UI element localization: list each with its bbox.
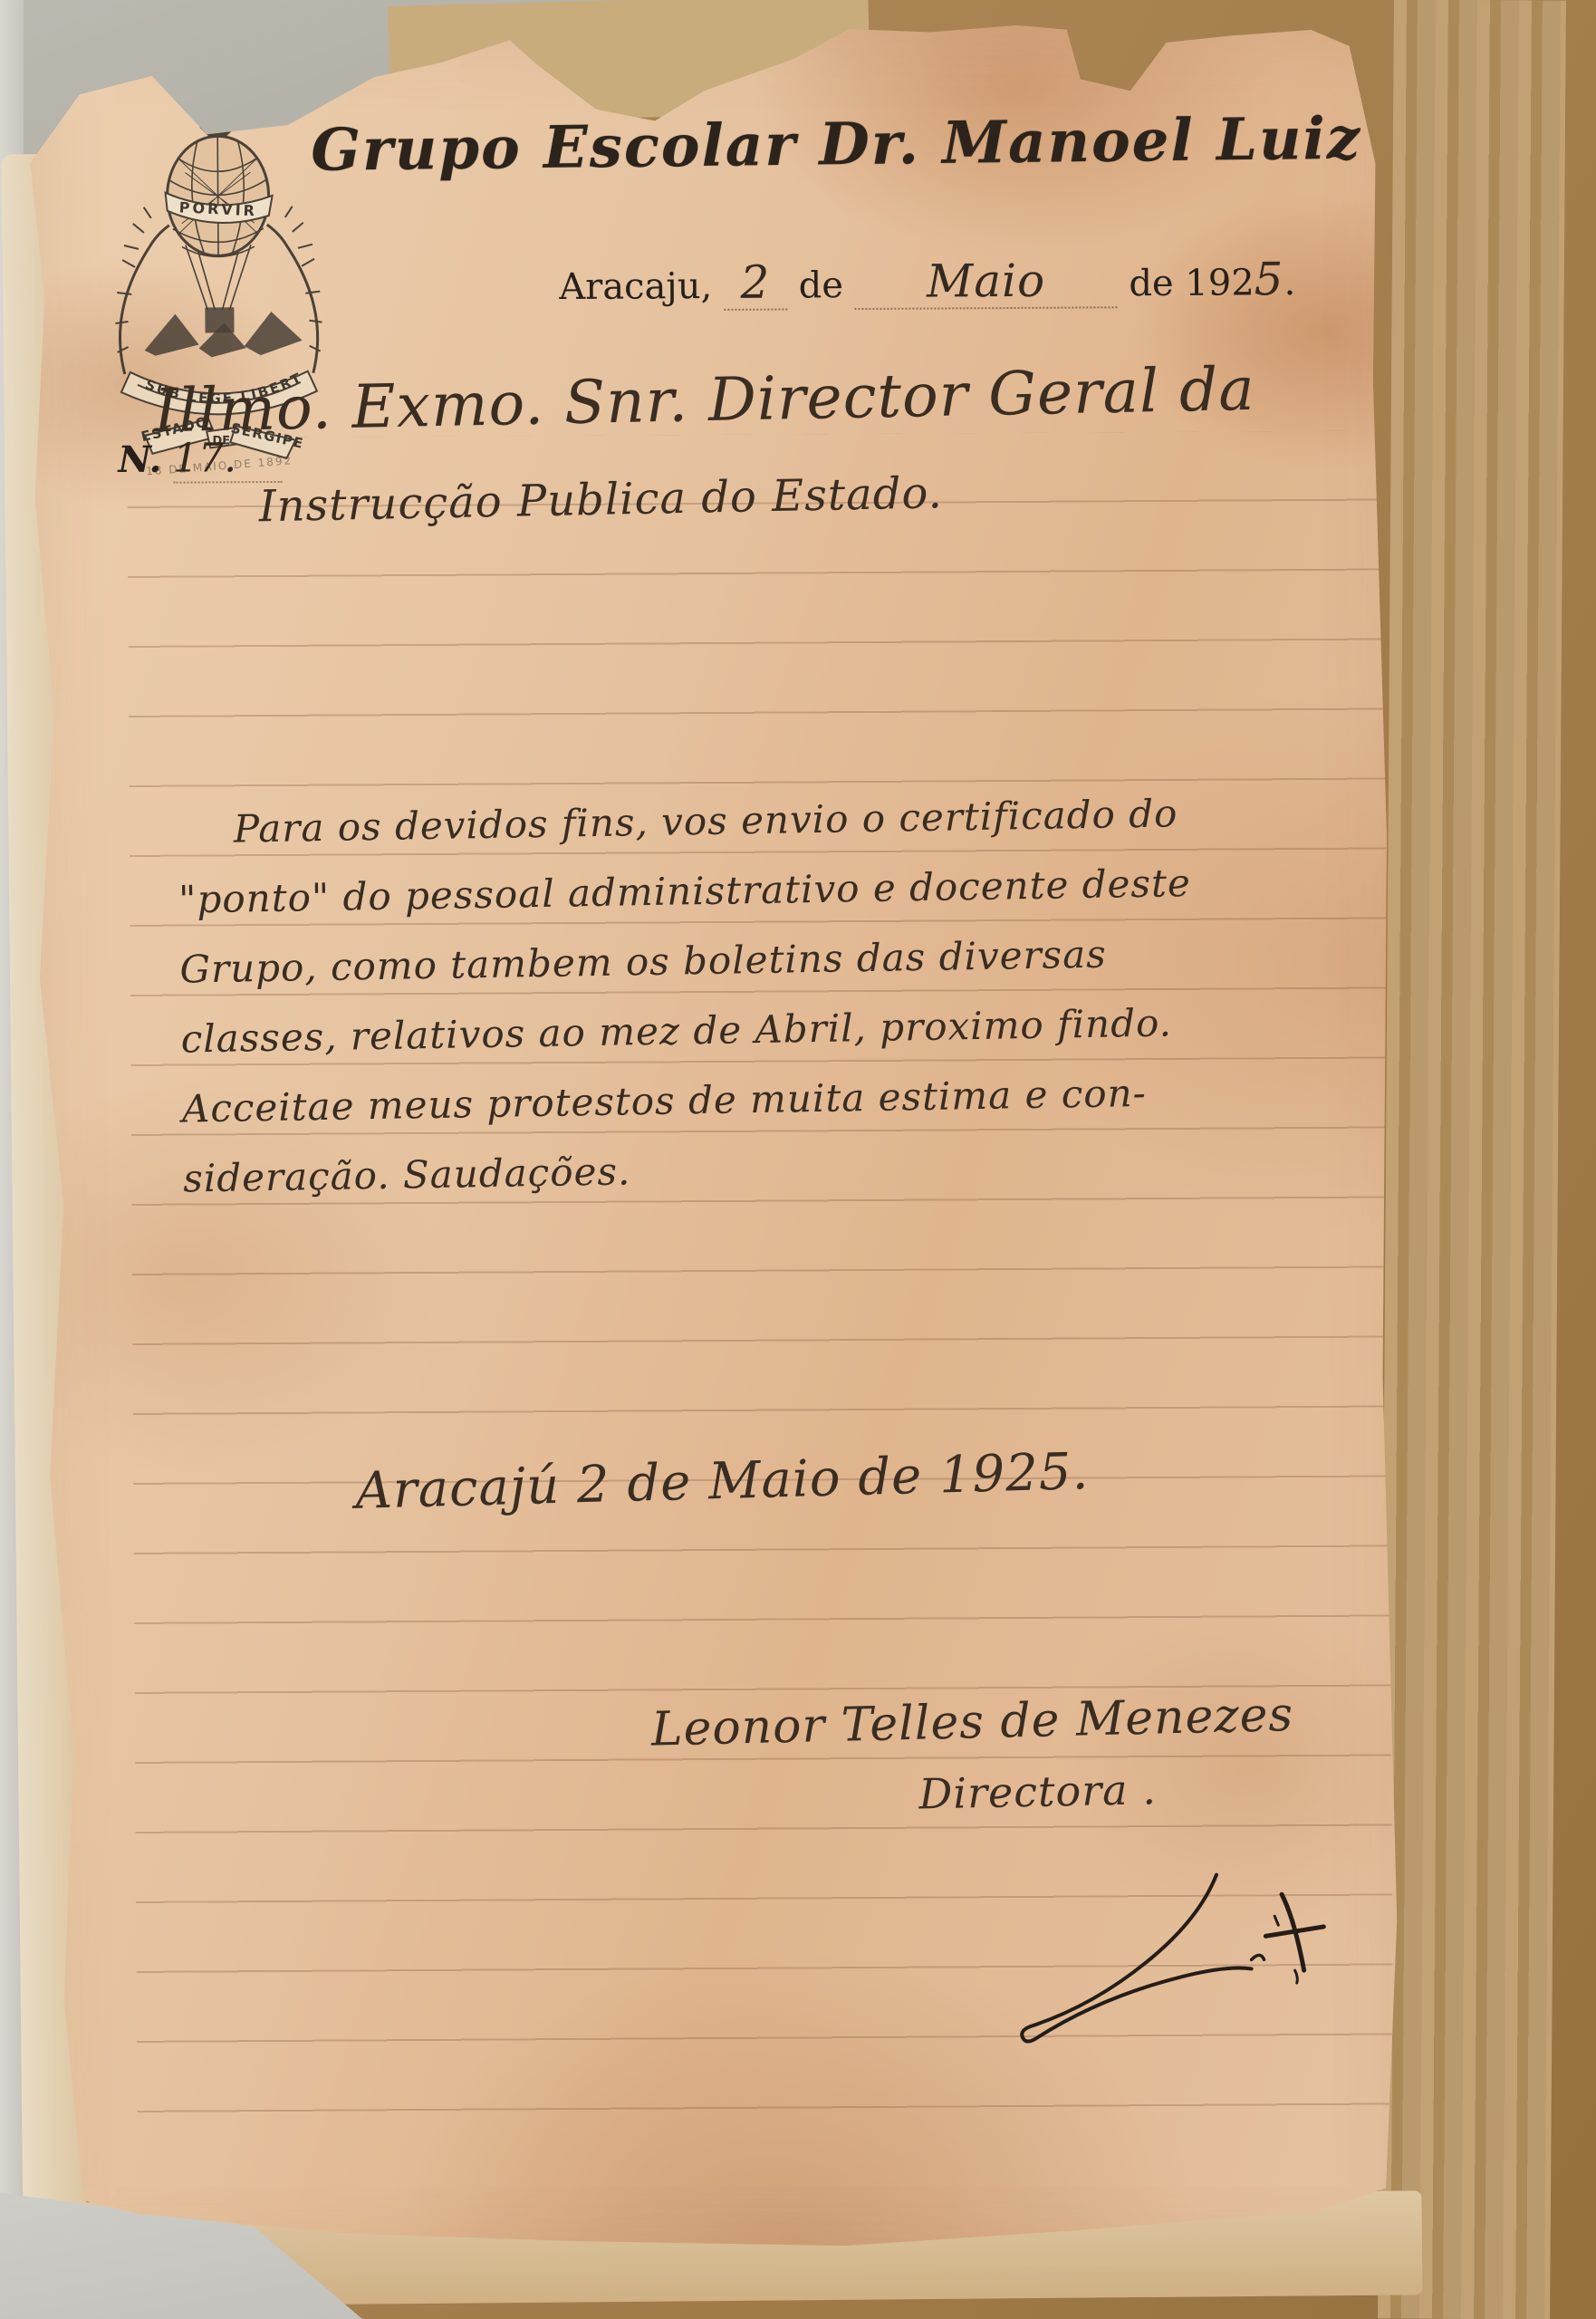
page-stack-right-edge: [1378, 0, 1566, 2319]
svg-text:PORVIR: PORVIR: [178, 198, 257, 219]
letterhead-title: Grupo Escolar Dr. Manoel Luiz: [306, 105, 1367, 185]
letter-body: Para os devidos fins, vos envio o certif…: [177, 775, 1388, 1214]
month-handwritten: Maio: [927, 255, 1045, 308]
year-digit-handwritten: 5: [1255, 253, 1284, 305]
date-period: .: [1284, 262, 1295, 303]
signature-name: Leonor Telles de Menezes: [650, 1688, 1293, 1757]
balloon-icon: PORVIR: [165, 136, 273, 332]
letter-sheet: PORVIR: [15, 18, 1419, 2264]
date-line: Aracaju, 2 de Maio de 1925.: [559, 253, 1295, 312]
rubric-flourish-mark: [983, 1858, 1373, 2078]
year-prefix: de 192: [1129, 262, 1255, 304]
de-word: de: [799, 265, 844, 306]
day-handwritten: 2: [740, 256, 770, 309]
signature-role: Directora .: [918, 1765, 1157, 1818]
city-label: Aracaju,: [559, 265, 712, 308]
closing-date-line: Aracajú 2 de Maio de 1925.: [355, 1442, 1091, 1521]
salutation-line2: Instrucção Publica do Estado.: [258, 467, 943, 532]
